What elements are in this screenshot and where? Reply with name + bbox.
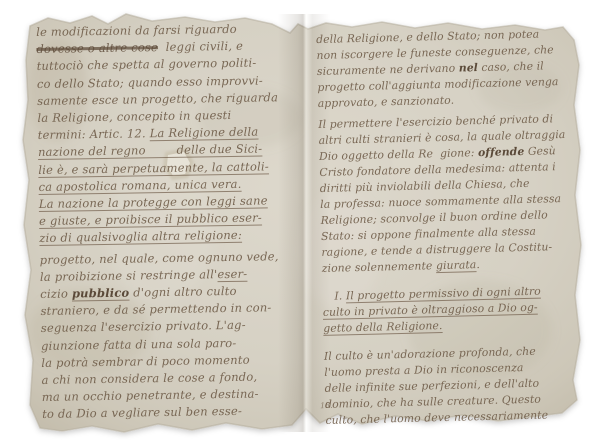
- manuscript-page-left: le modificazioni da farsi riguardodovess…: [36, 20, 310, 430]
- manuscript-line: to da Dio a vegliare sul ben esse-: [42, 402, 310, 423]
- manuscript-line: zio di qualsivoglia altra religione:: [39, 226, 307, 247]
- manuscript-photo: le modificazioni da farsi riguardodovess…: [0, 0, 600, 444]
- folio-mark: 18.: [320, 401, 333, 410]
- manuscript-page-right: della Religione, e dello Stato; non pote…: [316, 26, 584, 432]
